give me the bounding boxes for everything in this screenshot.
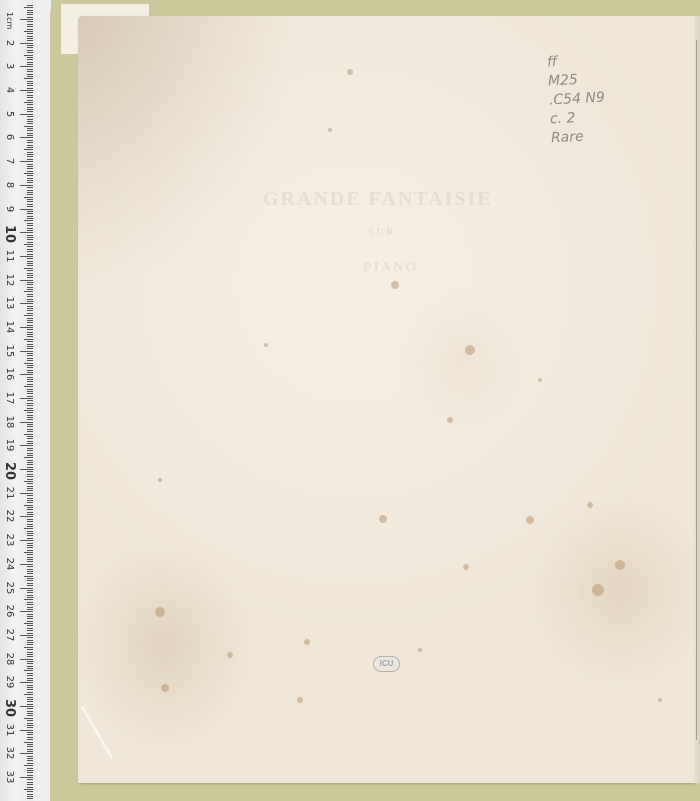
ruler-mark-18: 18 [4, 415, 14, 429]
foxing-spot [347, 69, 353, 75]
foxing-spot [264, 343, 268, 347]
ruler-tick [20, 161, 33, 162]
ruler-mark-17: 17 [4, 391, 14, 405]
foxing-spot [391, 281, 399, 289]
ruler-tick [20, 469, 33, 470]
ruler-tick [24, 670, 33, 671]
ruler-tick [24, 505, 33, 506]
ruler-mark-23: 23 [4, 533, 14, 547]
ruler-tick [20, 90, 33, 91]
ruler-mark-16: 16 [4, 367, 14, 381]
ruler-mark-31: 31 [4, 723, 14, 737]
ruler-tick [20, 730, 33, 731]
ruler-tick [24, 268, 33, 269]
ruler-tick [24, 789, 33, 790]
foxing-spot [297, 697, 303, 703]
ruler-mark-2: 2 [4, 36, 14, 50]
ruler-tick [24, 315, 33, 316]
ruler-tick [20, 185, 33, 186]
ruler-tick [24, 481, 33, 482]
ruler-tick [24, 576, 33, 577]
page-right-edge [694, 16, 700, 783]
ruler-tick [20, 753, 33, 754]
ruler-mark-14: 14 [4, 320, 14, 334]
foxing-spot [379, 515, 387, 523]
ruler-unit-label: 1cm [4, 12, 14, 26]
ghost-title-line-1: GRANDE FANTAISIE [263, 188, 493, 211]
ruler-mark-30: 30 [4, 699, 14, 713]
ruler-tick [24, 78, 33, 79]
ruler-mark-9: 9 [4, 202, 14, 216]
ruler-tick [20, 280, 33, 281]
ruler-tick [24, 291, 33, 292]
ruler-mark-13: 13 [4, 296, 14, 310]
foxing-spot [158, 478, 162, 482]
ruler-tick [20, 19, 33, 20]
ruler-mark-28: 28 [4, 652, 14, 666]
ruler-tick [20, 209, 33, 210]
ruler-mark-10: 10 [4, 225, 14, 239]
ruler-tick [20, 540, 33, 541]
foxing-spot [328, 128, 332, 132]
ruler-tick [24, 197, 33, 198]
page-edge-shadow [696, 40, 697, 740]
ruler-tick [24, 173, 33, 174]
ghost-title-line-3: PIANO [363, 260, 418, 276]
ruler-tick [20, 256, 33, 257]
ruler-mark-12: 12 [4, 273, 14, 287]
ruler-tick [20, 398, 33, 399]
ruler-mark-8: 8 [4, 178, 14, 192]
ruler-tick [24, 718, 33, 719]
ruler-tick [24, 765, 33, 766]
ruler-tick [24, 386, 33, 387]
foxing-spot [538, 378, 542, 382]
ruler-tick [24, 434, 33, 435]
foxing-spot [161, 684, 169, 692]
ruler-tick [24, 742, 33, 743]
foxing-spot [592, 584, 604, 596]
ruler-tick [24, 7, 33, 8]
foxing-spot [227, 652, 233, 658]
foxing-spot [155, 607, 165, 617]
ruler-mark-19: 19 [4, 438, 14, 452]
ruler-tick [20, 327, 33, 328]
ruler-tick [20, 43, 33, 44]
foxing-spot [526, 516, 534, 524]
ruler-tick [20, 66, 33, 67]
ruler-tick [20, 706, 33, 707]
ruler-tick [20, 303, 33, 304]
ruler-tick [20, 374, 33, 375]
ruler-mark-26: 26 [4, 604, 14, 618]
ruler-mark-7: 7 [4, 154, 14, 168]
ruler-mark-24: 24 [4, 557, 14, 571]
ruler-tick [20, 777, 33, 778]
ruler-tick [24, 220, 33, 221]
foxing-spot [463, 564, 469, 570]
ruler-tick [24, 102, 33, 103]
ruler-tick [20, 588, 33, 589]
ruler-tick [24, 149, 33, 150]
ruler-tick [24, 694, 33, 695]
ruler-mark-32: 32 [4, 746, 14, 760]
call-number-line-3: .C54 N9 [549, 89, 606, 111]
call-number-annotation: ff M25 .C54 N9 c. 2 Rare [547, 51, 608, 149]
ruler-mark-6: 6 [4, 130, 14, 144]
ruler-tick [20, 516, 33, 517]
measurement-ruler: 1cm 234567891011121314151617181920212223… [0, 0, 34, 801]
library-stamp: ICU [373, 656, 400, 672]
call-number-line-5: Rare [551, 126, 608, 148]
ruler-tick [24, 623, 33, 624]
ruler-tick [24, 244, 33, 245]
ruler-tick [24, 647, 33, 648]
foxing-spot [465, 345, 475, 355]
foxing-spot [658, 698, 662, 702]
ruler-tick [20, 611, 33, 612]
ruler-mark-4: 4 [4, 83, 14, 97]
ruler-tick [24, 339, 33, 340]
foxing-spot [418, 648, 422, 652]
ruler-tick [20, 137, 33, 138]
ruler-mark-21: 21 [4, 486, 14, 500]
ruler-tick [24, 55, 33, 56]
ruler-tick [20, 493, 33, 494]
foxing-spot [304, 639, 310, 645]
ruler-tick [24, 552, 33, 553]
ruler-tick [20, 422, 33, 423]
ghost-title-line-2: SUR [368, 226, 396, 238]
ruler-tick [24, 457, 33, 458]
ruler-tick [20, 659, 33, 660]
ruler-tick [20, 635, 33, 636]
ruler-tick [20, 564, 33, 565]
ruler-tick [20, 114, 33, 115]
foxing-spot [615, 560, 625, 570]
ruler-tick [24, 363, 33, 364]
foxing-spot [447, 417, 453, 423]
ruler-tick [20, 445, 33, 446]
ruler-mark-11: 11 [4, 249, 14, 263]
ruler-tick [24, 31, 33, 32]
ruler-mark-3: 3 [4, 59, 14, 73]
ruler-tick [24, 528, 33, 529]
ruler-mark-15: 15 [4, 344, 14, 358]
ruler-tick [20, 232, 33, 233]
ruler-tick [20, 351, 33, 352]
ruler-margin [33, 0, 51, 801]
ruler-mark-33: 33 [4, 770, 14, 784]
ruler-mark-20: 20 [4, 462, 14, 476]
ruler-mark-29: 29 [4, 675, 14, 689]
ruler-tick [24, 599, 33, 600]
ruler-mark-5: 5 [4, 107, 14, 121]
ruler-mark-27: 27 [4, 628, 14, 642]
foxing-spot [587, 502, 593, 508]
ruler-tick [24, 126, 33, 127]
ruler-mark-22: 22 [4, 509, 14, 523]
ruler-tick [20, 682, 33, 683]
ruler-mark-25: 25 [4, 581, 14, 595]
ruler-tick [24, 410, 33, 411]
